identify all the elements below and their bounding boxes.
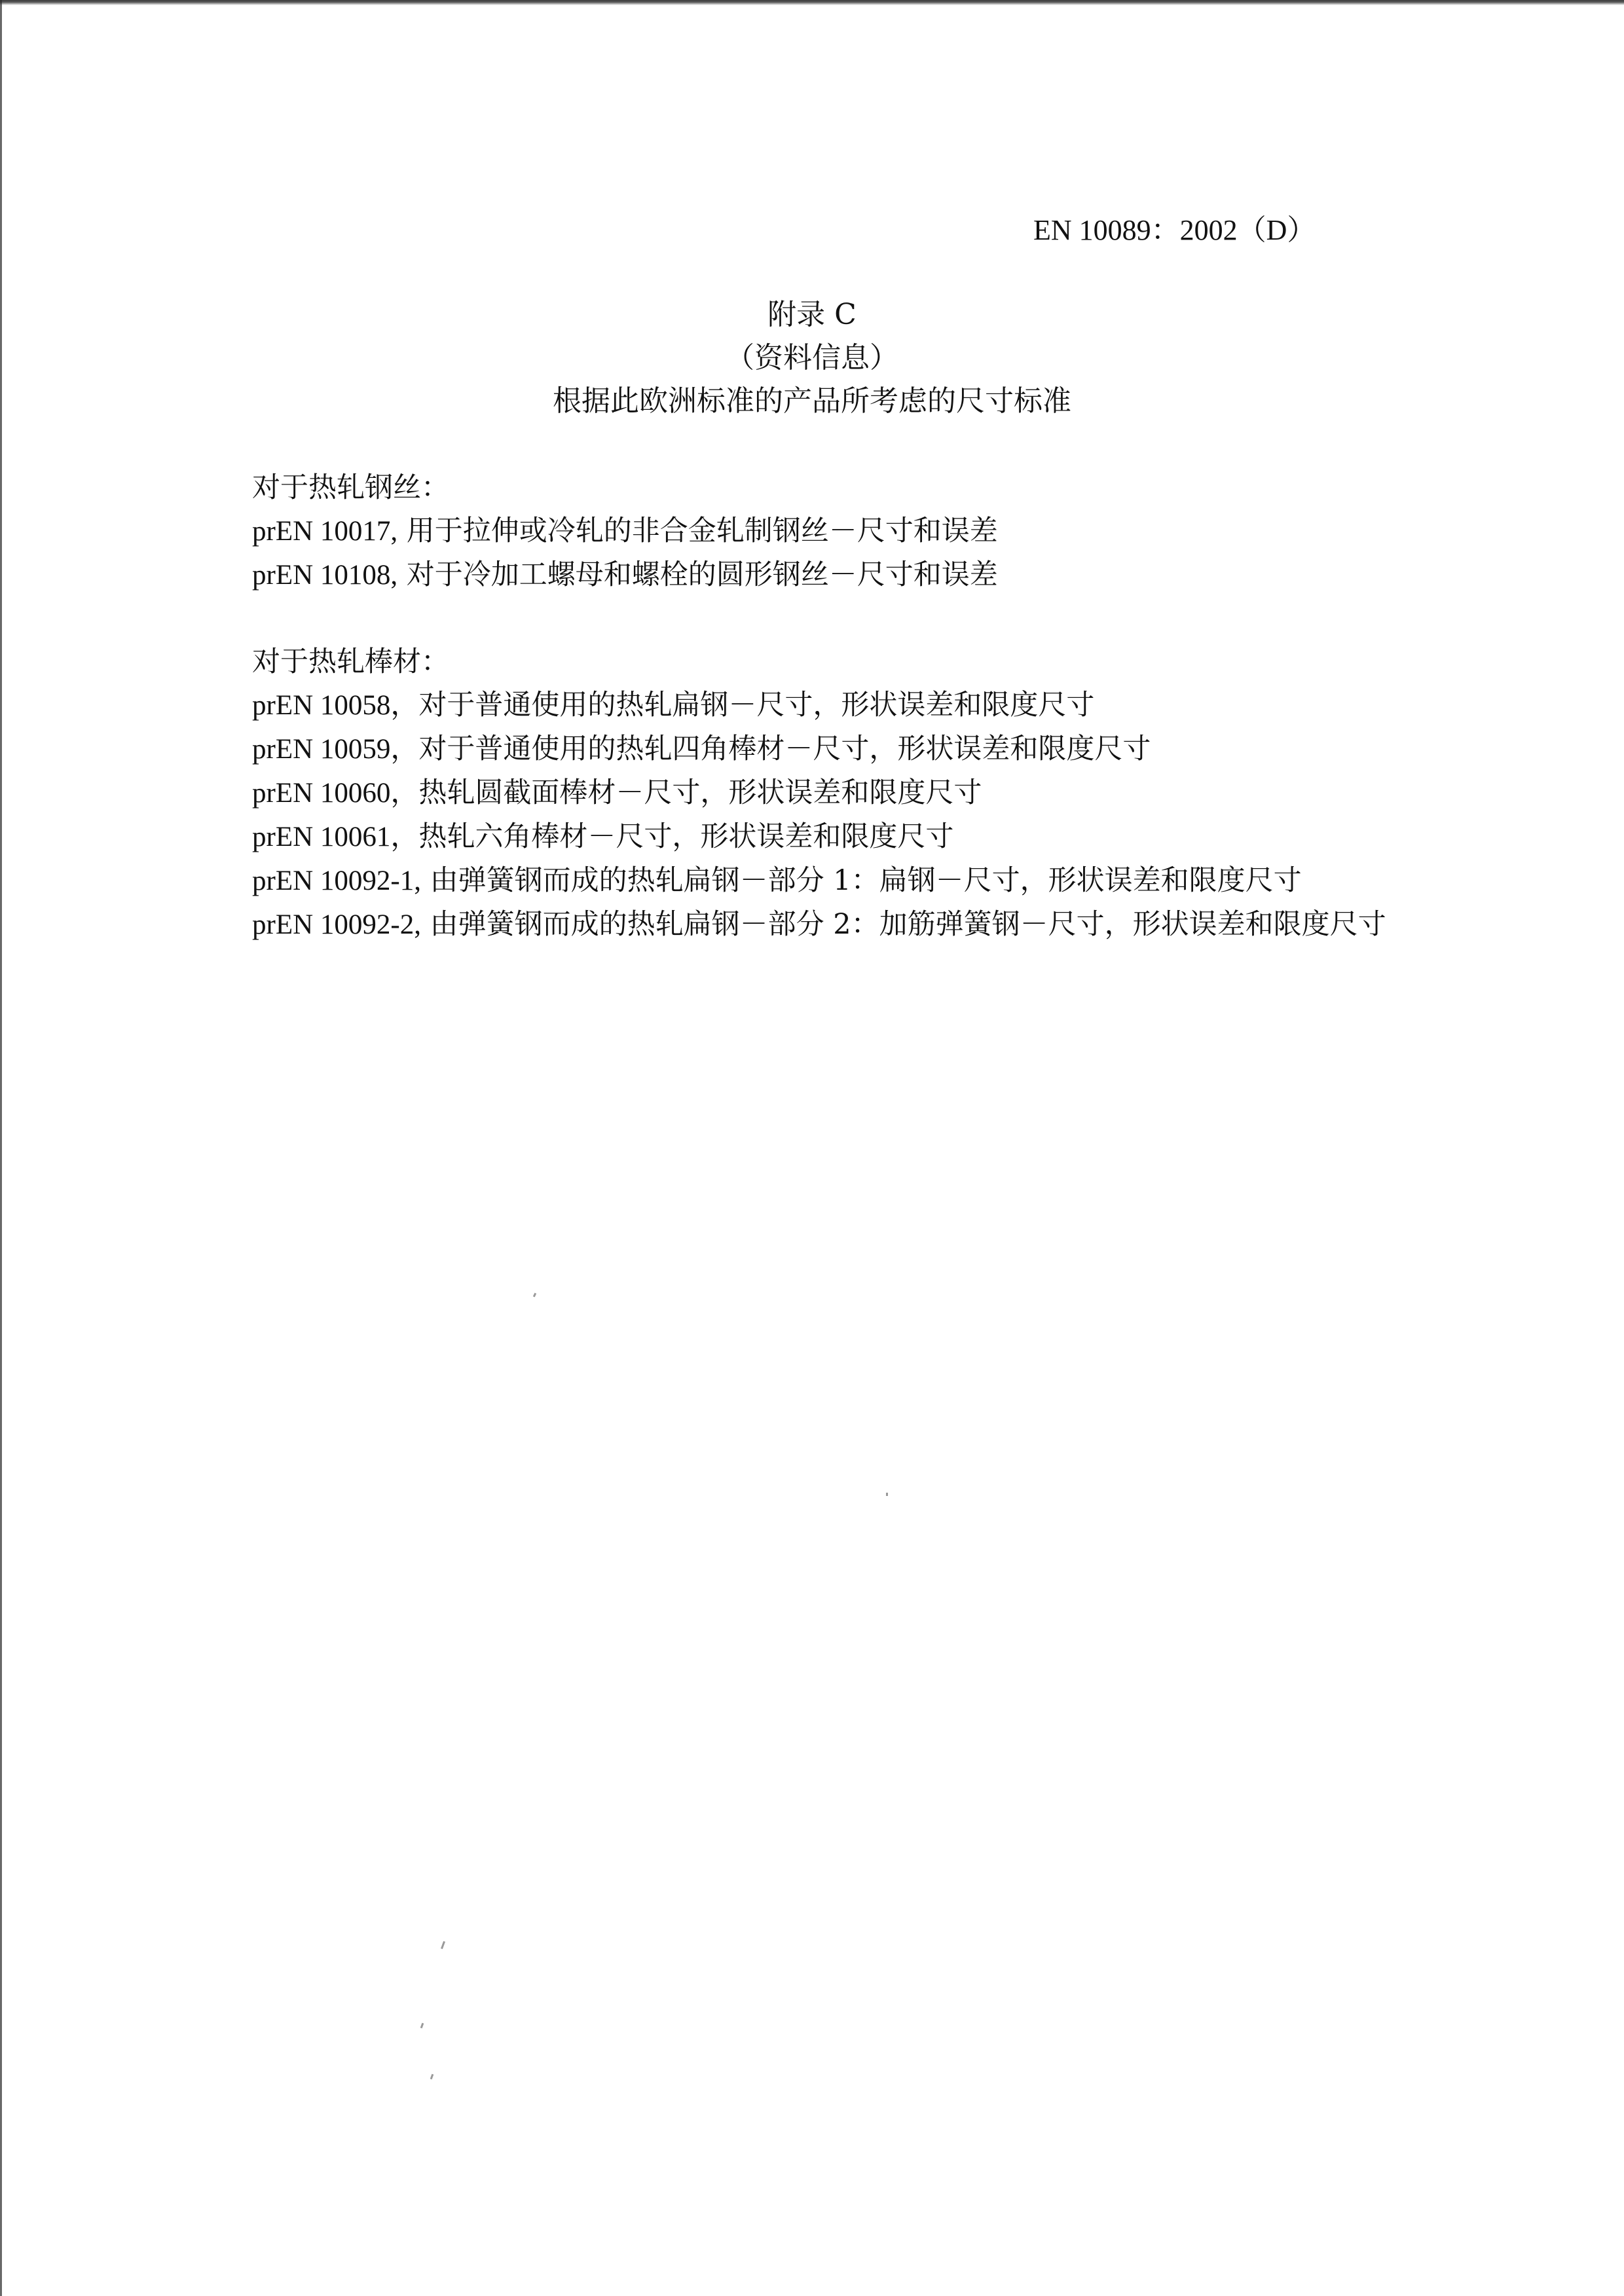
standard-code: prEN 10061，	[252, 822, 418, 852]
scan-top-edge	[0, 0, 1624, 5]
standard-code: prEN 10092-2,	[252, 909, 421, 940]
annex-type: （资料信息）	[0, 337, 1624, 380]
standard-entry: prEN 10108, 对于冷加工螺母和螺栓的圆形钢丝－尺寸和误差	[252, 553, 1392, 597]
standard-description: 对于冷加工螺母和螺栓的圆形钢丝－尺寸和误差	[397, 558, 998, 591]
annex-label: 附录 C	[0, 293, 1624, 337]
standard-entry: prEN 10092-2, 由弹簧钢而成的热轧扁钢－部分 2：加筋弹簧钢－尺寸，…	[252, 903, 1392, 947]
standard-code: prEN 10108,	[252, 560, 397, 591]
annex-title-block: 附录 C （资料信息） 根据此欧洲标准的产品所考虑的尺寸标准	[0, 293, 1624, 423]
standard-description: 热轧六角棒材－尺寸，形状误差和限度尺寸	[418, 820, 953, 853]
document-body: 对于热轧钢丝： prEN 10017, 用于拉伸或冷轧的非合金轧制钢丝－尺寸和误…	[252, 466, 1392, 947]
standard-description: 由弹簧钢而成的热轧扁钢－部分 2：加筋弹簧钢－尺寸，形状误差和限度尺寸	[421, 908, 1386, 941]
scan-speck	[441, 1941, 445, 1949]
standard-entry: prEN 10058，对于普通使用的热轧扁钢－尺寸，形状误差和限度尺寸	[252, 683, 1392, 727]
standard-entry: prEN 10059，对于普通使用的热轧四角棒材－尺寸，形状误差和限度尺寸	[252, 727, 1392, 771]
standard-entry: prEN 10017, 用于拉伸或冷轧的非合金轧制钢丝－尺寸和误差	[252, 509, 1392, 553]
standard-description: 由弹簧钢而成的热轧扁钢－部分 1：扁钢－尺寸，形状误差和限度尺寸	[421, 864, 1302, 897]
standard-entry: prEN 10060，热轧圆截面棒材－尺寸，形状误差和限度尺寸	[252, 771, 1392, 815]
annex-heading: 根据此欧洲标准的产品所考虑的尺寸标准	[0, 380, 1624, 423]
standard-entry: prEN 10092-1, 由弹簧钢而成的热轧扁钢－部分 1：扁钢－尺寸，形状误…	[252, 859, 1392, 903]
standard-code: prEN 10017,	[252, 516, 397, 547]
standard-description: 对于普通使用的热轧扁钢－尺寸，形状误差和限度尺寸	[418, 689, 1094, 721]
standard-entry: prEN 10061，热轧六角棒材－尺寸，形状误差和限度尺寸	[252, 815, 1392, 859]
standard-code: prEN 10092-1,	[252, 866, 421, 896]
scan-speck	[886, 1493, 888, 1496]
section-heading: 对于热轧棒材：	[252, 640, 1392, 683]
section-heading: 对于热轧钢丝：	[252, 466, 1392, 509]
scan-speck	[430, 2074, 434, 2080]
document-code-header: EN 10089：2002（D）	[1033, 211, 1316, 250]
section-hot-rolled-wire: 对于热轧钢丝： prEN 10017, 用于拉伸或冷轧的非合金轧制钢丝－尺寸和误…	[252, 466, 1392, 597]
standard-description: 热轧圆截面棒材－尺寸，形状误差和限度尺寸	[418, 776, 982, 809]
standard-description: 用于拉伸或冷轧的非合金轧制钢丝－尺寸和误差	[397, 515, 998, 547]
standard-code: prEN 10059，	[252, 734, 418, 765]
section-hot-rolled-bars: 对于热轧棒材： prEN 10058，对于普通使用的热轧扁钢－尺寸，形状误差和限…	[252, 640, 1392, 947]
standard-code: prEN 10058，	[252, 690, 418, 721]
standard-description: 对于普通使用的热轧四角棒材－尺寸，形状误差和限度尺寸	[418, 733, 1151, 765]
standard-code: prEN 10060，	[252, 778, 418, 809]
scan-speck	[420, 2023, 424, 2029]
scan-speck	[533, 1293, 536, 1298]
